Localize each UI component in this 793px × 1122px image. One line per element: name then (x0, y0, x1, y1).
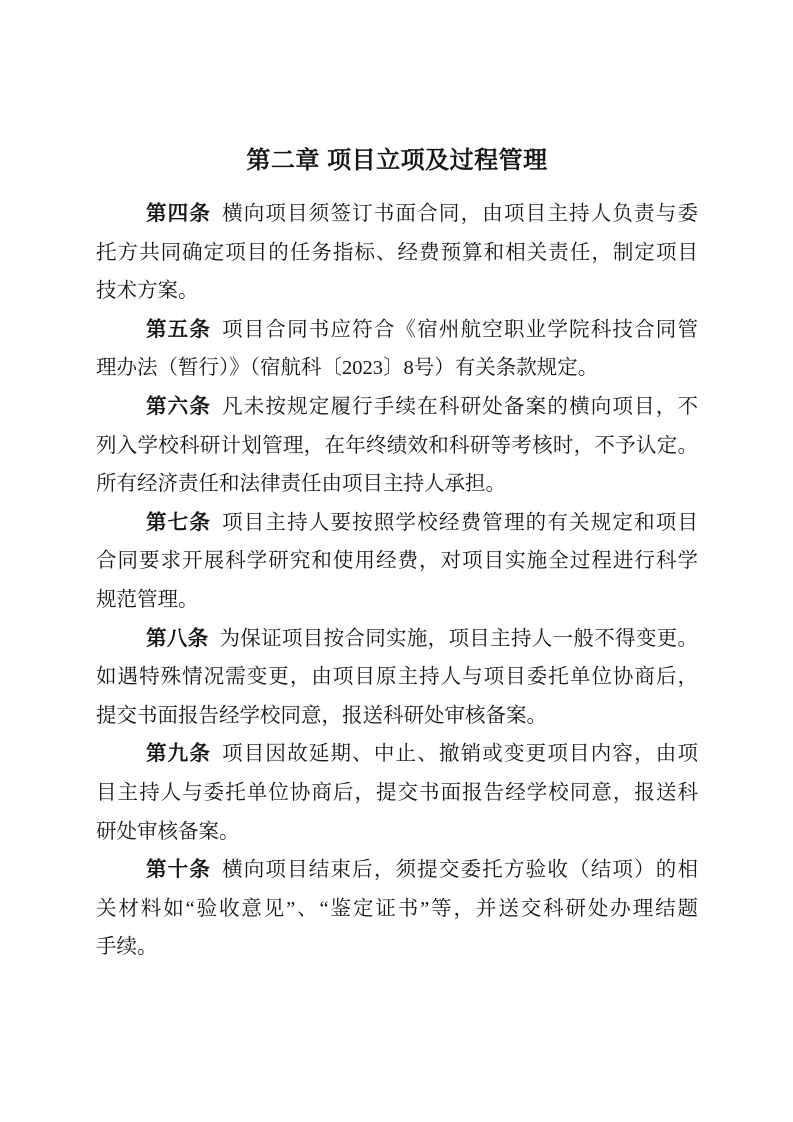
article-number-label: 第九条 (146, 743, 211, 765)
article-number-label: 第六条 (146, 396, 211, 418)
article-line: 所有经济责任和法律责任由项目主持人承担。 (96, 465, 698, 504)
article-number-label: 第八条 (146, 628, 208, 650)
article-line-text: 横向项目结束后，须提交委托方验收（结项）的相 (222, 859, 698, 881)
article-line: 托方共同确定项目的任务指标、经费预算和相关责任，制定项目 (96, 234, 698, 273)
article-number-label: 第五条 (146, 319, 211, 341)
article-line: 第七条项目主持人要按照学校经费管理的有关规定和项目 (96, 504, 698, 543)
article-line: 研处审核备案。 (96, 813, 698, 852)
article-line: 提交书面报告经学校同意，报送科研处审核备案。 (96, 697, 698, 736)
article-line-text: 项目主持人要按照学校经费管理的有关规定和项目 (222, 512, 698, 534)
article-line-text: 项目合同书应符合《宿州航空职业学院科技合同管 (222, 319, 698, 341)
article-line: 技术方案。 (96, 272, 698, 311)
article-line: 关材料如“验收意见”、“鉴定证书”等，并送交科研处办理结题 (96, 890, 698, 929)
articles-container: 第四条横向项目须签订书面合同，由项目主持人负责与委托方共同确定项目的任务指标、经… (96, 195, 698, 967)
article-number-label: 第十条 (146, 859, 211, 881)
article-line: 目主持人与委托单位协商后，提交书面报告经学校同意，报送科 (96, 774, 698, 813)
document-body: 第二章 项目立项及过程管理 第四条横向项目须签订书面合同，由项目主持人负责与委托… (96, 141, 698, 967)
article-line: 第六条凡未按规定履行手续在科研处备案的横向项目，不 (96, 388, 698, 427)
article-line: 理办法（暂行）》（宿航科〔2023〕8号）有关条款规定。 (96, 349, 698, 388)
chapter-heading: 第二章 项目立项及过程管理 (96, 141, 698, 181)
document-page: 第二章 项目立项及过程管理 第四条横向项目须签订书面合同，由项目主持人负责与委托… (0, 0, 793, 1122)
article-line-text: 横向项目须签订书面合同，由项目主持人负责与委 (222, 203, 698, 225)
article-line: 列入学校科研计划管理，在年终绩效和科研等考核时，不予认定。 (96, 427, 698, 466)
article-line: 第十条横向项目结束后，须提交委托方验收（结项）的相 (96, 851, 698, 890)
article-line: 规范管理。 (96, 581, 698, 620)
article-line-text: 为保证项目按合同实施，项目主持人一般不得变更。 (219, 628, 698, 650)
article-line: 第五条项目合同书应符合《宿州航空职业学院科技合同管 (96, 311, 698, 350)
article-line: 第四条横向项目须签订书面合同，由项目主持人负责与委 (96, 195, 698, 234)
article-line: 手续。 (96, 928, 698, 967)
article-line: 如遇特殊情况需变更，由项目原主持人与项目委托单位协商后， (96, 658, 698, 697)
article-line: 合同要求开展科学研究和使用经费，对项目实施全过程进行科学 (96, 542, 698, 581)
article-line-text: 项目因故延期、中止、撤销或变更项目内容，由项 (222, 743, 698, 765)
article-line: 第九条项目因故延期、中止、撤销或变更项目内容，由项 (96, 735, 698, 774)
article-line-text: 凡未按规定履行手续在科研处备案的横向项目，不 (222, 396, 698, 418)
article-number-label: 第四条 (146, 203, 211, 225)
article-line: 第八条为保证项目按合同实施，项目主持人一般不得变更。 (96, 620, 698, 659)
article-number-label: 第七条 (146, 512, 211, 534)
